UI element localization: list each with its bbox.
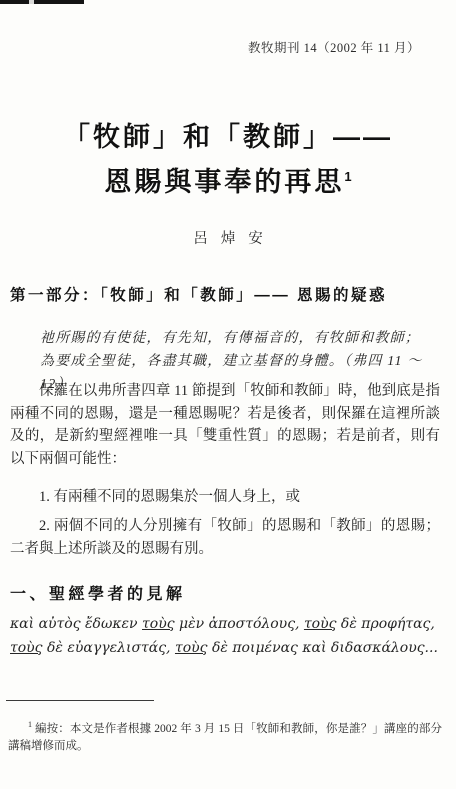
greek-text-segment: καὶ αὐτὸς ἔδωκεν xyxy=(10,616,142,632)
greek-text-segment-underlined: τοὺς xyxy=(142,616,175,632)
footnote-marker: 1 xyxy=(28,720,32,729)
journal-issue-header: 教牧期刊 14（2002 年 11 月） xyxy=(248,38,420,56)
footnote-divider xyxy=(6,700,154,701)
footnote-text: 編按：本文是作者根據 2002 年 3 月 15 日「牧師和教師，你是誰？」講座… xyxy=(8,723,442,753)
author-name: 呂焯安 xyxy=(0,227,456,248)
greek-text-segment-underlined: τοὺς xyxy=(175,640,208,656)
scan-artifact-bar xyxy=(0,0,84,4)
greek-scripture-quote: καὶ αὐτὸς ἔδωκεν τοὺς μὲν ἀποστόλους, το… xyxy=(10,612,440,660)
option-item-2: 2. 兩個不同的人分別擁有「牧師」的恩賜和「教師」的恩賜；二者與上述所談及的恩賜… xyxy=(10,515,440,560)
part-one-heading: 第一部分：「牧師」和「教師」—— 恩賜的疑惑 xyxy=(10,283,446,305)
greek-text-segment: μὲν ἀποστόλους, xyxy=(175,616,304,632)
greek-text-segment-underlined: τοὺς xyxy=(304,616,337,632)
body-paragraph: 保羅在以弗所書四章 11 節提到「牧師和教師」時，他到底是指兩種不同的恩賜，還是… xyxy=(10,380,440,470)
greek-line1: καὶ αὐτὸς ἔδωκεν τοὺς μὲν ἀποστόλους, το… xyxy=(10,612,440,636)
greek-text-segment-underlined: τοὺς xyxy=(10,640,43,656)
scanned-journal-page: 教牧期刊 14（2002 年 11 月） 「牧師」和「教師」—— 恩賜與事奉的再… xyxy=(0,0,456,789)
article-title-line2: 恩賜與事奉的再思 xyxy=(104,167,344,197)
title-footnote-marker: 1 xyxy=(344,169,351,184)
option-item-1: 1. 有兩種不同的恩賜集於一個人身上，或 xyxy=(10,486,440,509)
greek-text-segment: δὲ ποιμένας καὶ διδασκάλους... xyxy=(208,640,438,656)
greek-text-segment: δὲ εὐαγγελιστάς, xyxy=(43,640,175,656)
greek-text-segment: δὲ προφήτας, xyxy=(336,616,434,632)
section-one-heading: 一、聖經學者的見解 xyxy=(10,581,186,604)
footnote: 1 編按：本文是作者根據 2002 年 3 月 15 日「牧師和教師，你是誰？」… xyxy=(8,716,442,756)
epigraph-line1: 祂所賜的有使徒，有先知，有傳福音的，有牧師和教師； xyxy=(40,327,438,350)
article-title-line1: 「牧師」和「教師」—— xyxy=(63,122,393,152)
article-title: 「牧師」和「教師」—— 恩賜與事奉的再思1 xyxy=(0,118,456,202)
greek-line2: τοὺς δὲ εὐαγγελιστάς, τοὺς δὲ ποιμένας κ… xyxy=(10,636,440,660)
